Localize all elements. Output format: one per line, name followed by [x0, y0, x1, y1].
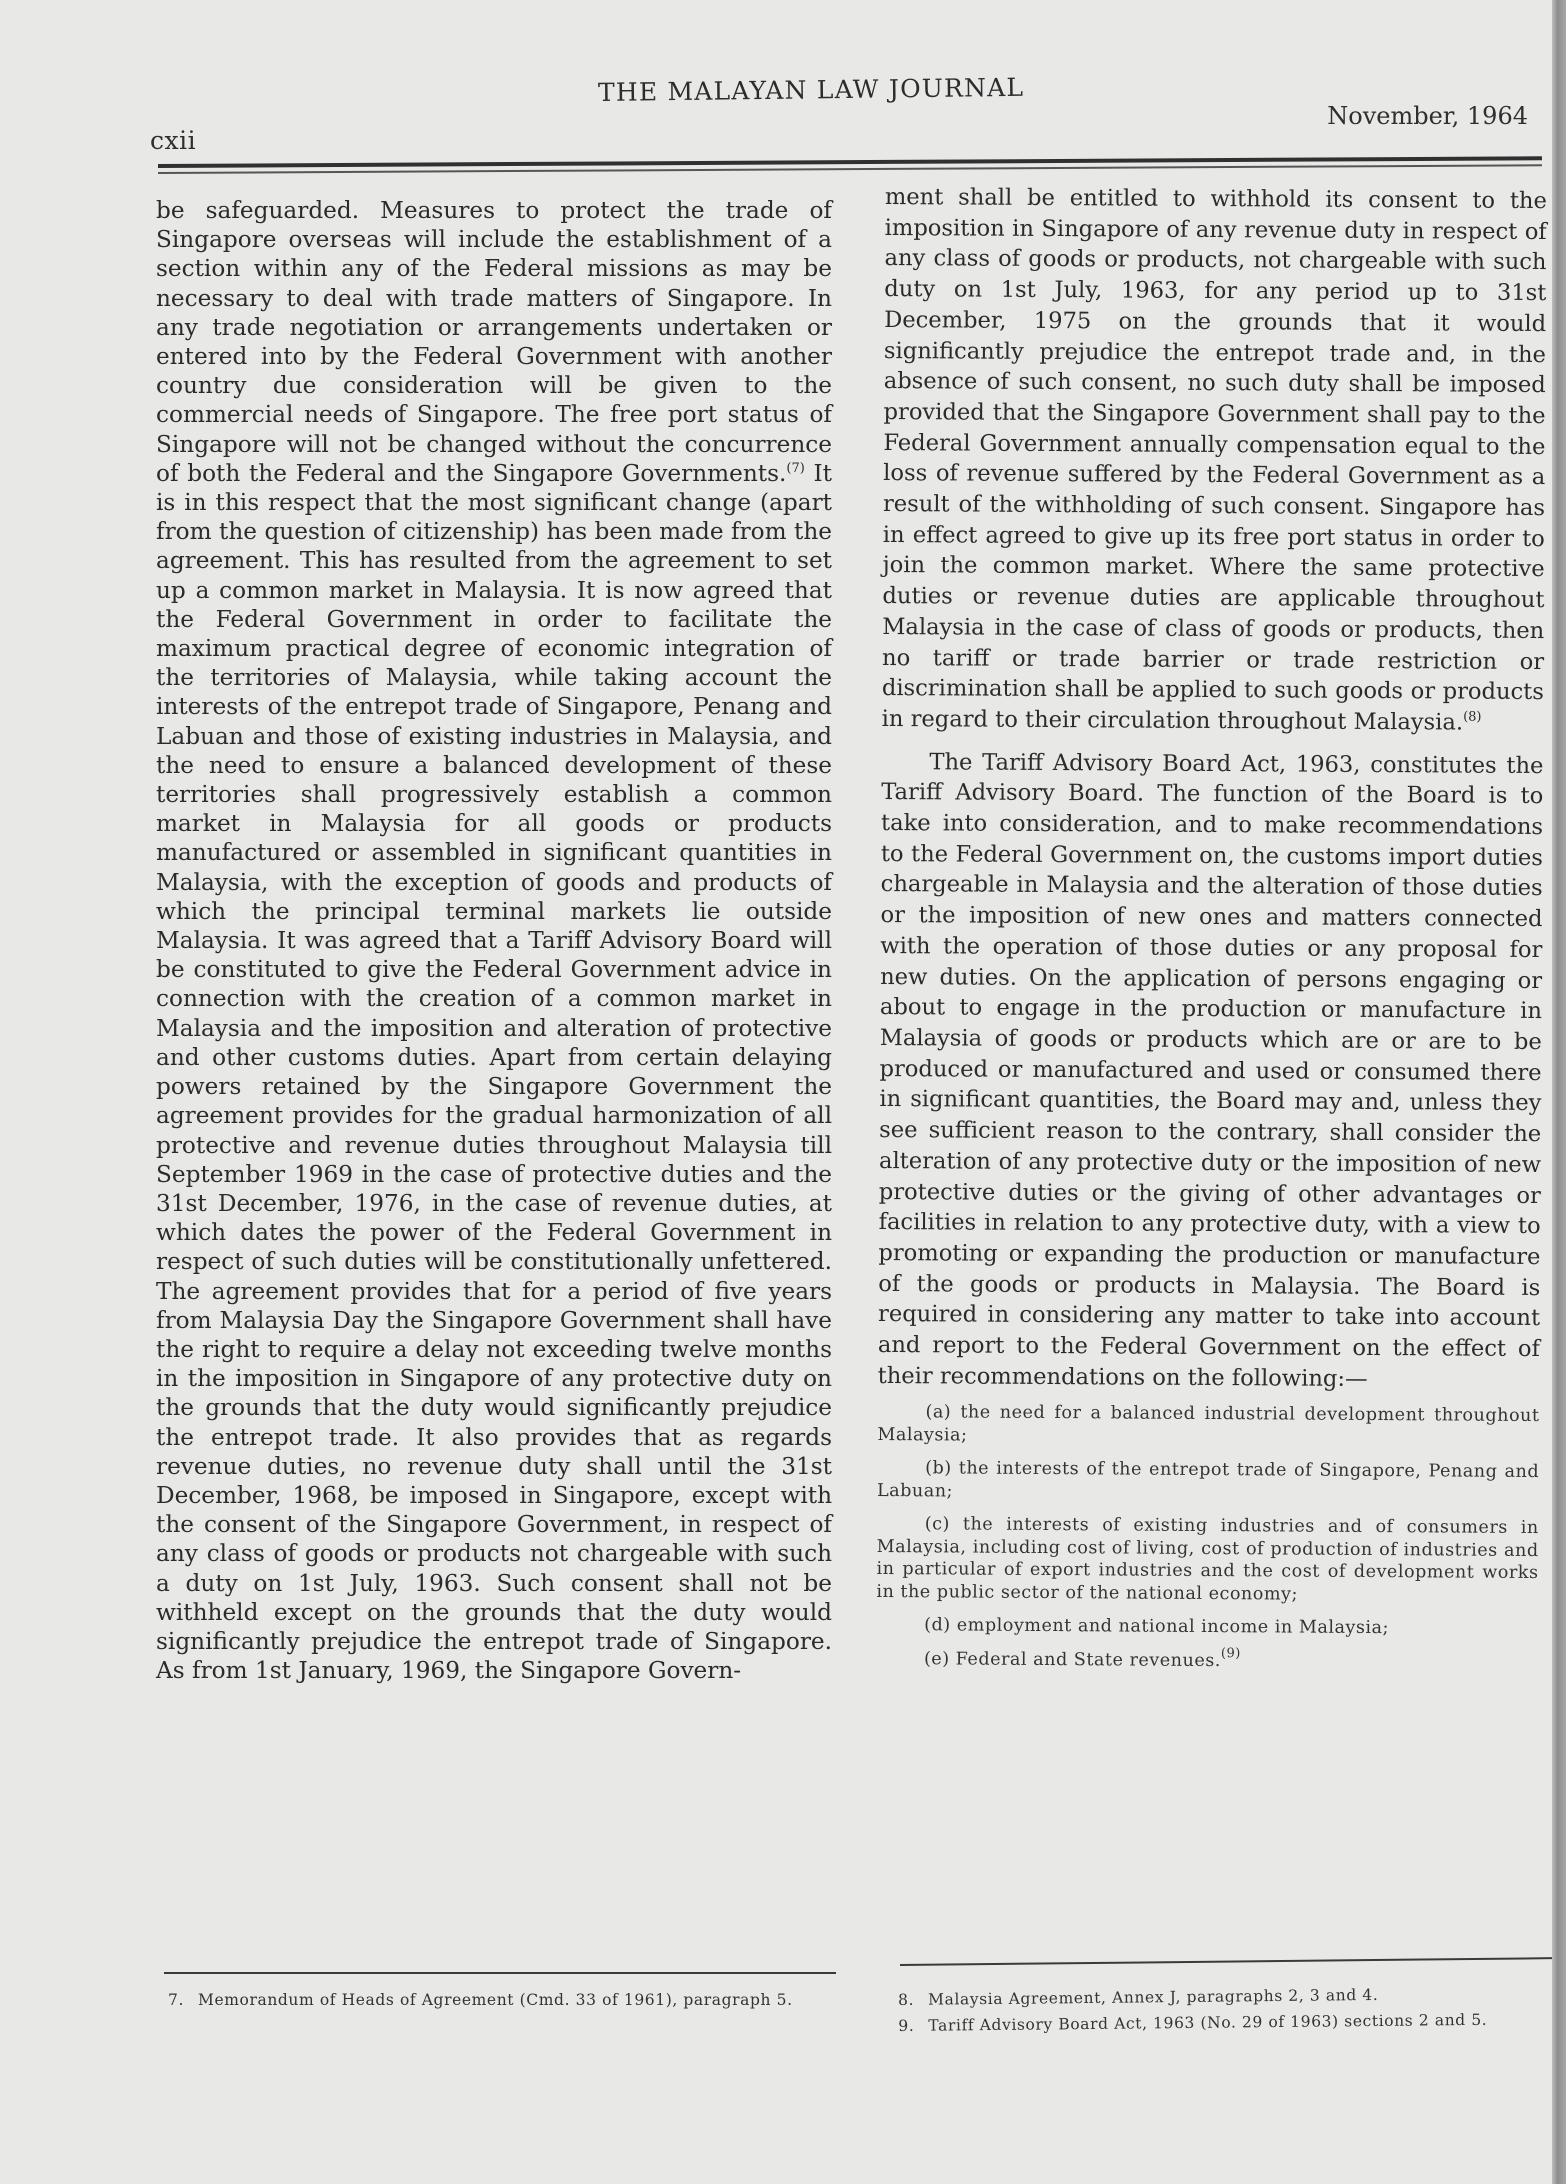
paragraph-text: be safeguarded. Measures to protect the …	[156, 197, 832, 487]
footnote-number: 8.	[898, 1990, 928, 2011]
paragraph-text: ment shall be entitled to withhold its c…	[882, 184, 1547, 735]
footnote-ref[interactable]: (9)	[1221, 1646, 1241, 1661]
list-label: (e)	[924, 1649, 950, 1669]
body-paragraph: The Tariff Advisory Board Act, 1963, con…	[878, 747, 1544, 1396]
list-text: employment and national income in Malays…	[957, 1616, 1389, 1639]
list-item: (a) the need for a balanced industrial d…	[877, 1401, 1539, 1450]
list-text: the interests of existing industries and…	[876, 1515, 1539, 1605]
list-label: (a)	[925, 1403, 951, 1423]
running-header: cxii THE MALAYAN LAW JOURNAL November, 1…	[0, 0, 1552, 180]
list-label: (b)	[925, 1459, 952, 1479]
footnote-rule	[900, 1957, 1552, 1966]
body-paragraph: ment shall be entitled to withhold its c…	[882, 182, 1547, 739]
list-text: the need for a balanced industrial devel…	[877, 1403, 1539, 1446]
list-label: (c)	[925, 1515, 950, 1535]
footnote-ref[interactable]: (7)	[786, 461, 804, 476]
list-label: (d)	[924, 1616, 951, 1636]
page-number: cxii	[150, 126, 196, 155]
list-item: (c) the interests of existing industries…	[876, 1513, 1539, 1607]
paragraph-text: The Tariff Advisory Board Act, 1963, con…	[878, 749, 1544, 1392]
footnote-number: 7.	[168, 1990, 198, 2011]
issue-date: November, 1964	[1327, 102, 1528, 130]
considerations-list: (a) the need for a balanced industrial d…	[876, 1401, 1540, 1674]
journal-title: THE MALAYAN LAW JOURNAL	[598, 73, 1025, 107]
footnotes-left: 7. Memorandum of Heads of Agreement (Cmd…	[168, 1990, 834, 2016]
list-text: Federal and State revenues.	[956, 1649, 1221, 1671]
footnote: 9. Tariff Advisory Board Act, 1963 (No. …	[898, 2009, 1558, 2037]
footnotes-right: 8. Malaysia Agreement, Annex J, paragrap…	[898, 1983, 1559, 2042]
footnote-text: Malaysia Agreement, Annex J, paragraphs …	[928, 1983, 1558, 2011]
footnote-text: Memorandum of Heads of Agreement (Cmd. 3…	[198, 1990, 834, 2011]
footnote-ref[interactable]: (8)	[1463, 709, 1482, 724]
paragraph-text: It is in this respect that the most sign…	[156, 460, 832, 1684]
footnote: 8. Malaysia Agreement, Annex J, paragrap…	[898, 1983, 1558, 2011]
body-paragraph: be safeguarded. Measures to protect the …	[156, 196, 832, 1685]
list-item: (b) the interests of the entrepot trade …	[877, 1457, 1539, 1506]
footnote: 7. Memorandum of Heads of Agreement (Cmd…	[168, 1990, 834, 2011]
left-column: be safeguarded. Measures to protect the …	[156, 196, 832, 1685]
right-column: ment shall be entitled to withhold its c…	[876, 182, 1547, 1685]
page-edge	[1552, 0, 1566, 2184]
list-item: (d) employment and national income in Ma…	[876, 1614, 1538, 1641]
list-item: (e) Federal and State revenues.(9)	[876, 1648, 1538, 1675]
footnote-number: 9.	[898, 2016, 928, 2037]
list-text: the interests of the entrepot trade of S…	[877, 1459, 1539, 1501]
footnote-text: Tariff Advisory Board Act, 1963 (No. 29 …	[928, 2009, 1558, 2037]
footnote-rule	[164, 1972, 836, 1974]
